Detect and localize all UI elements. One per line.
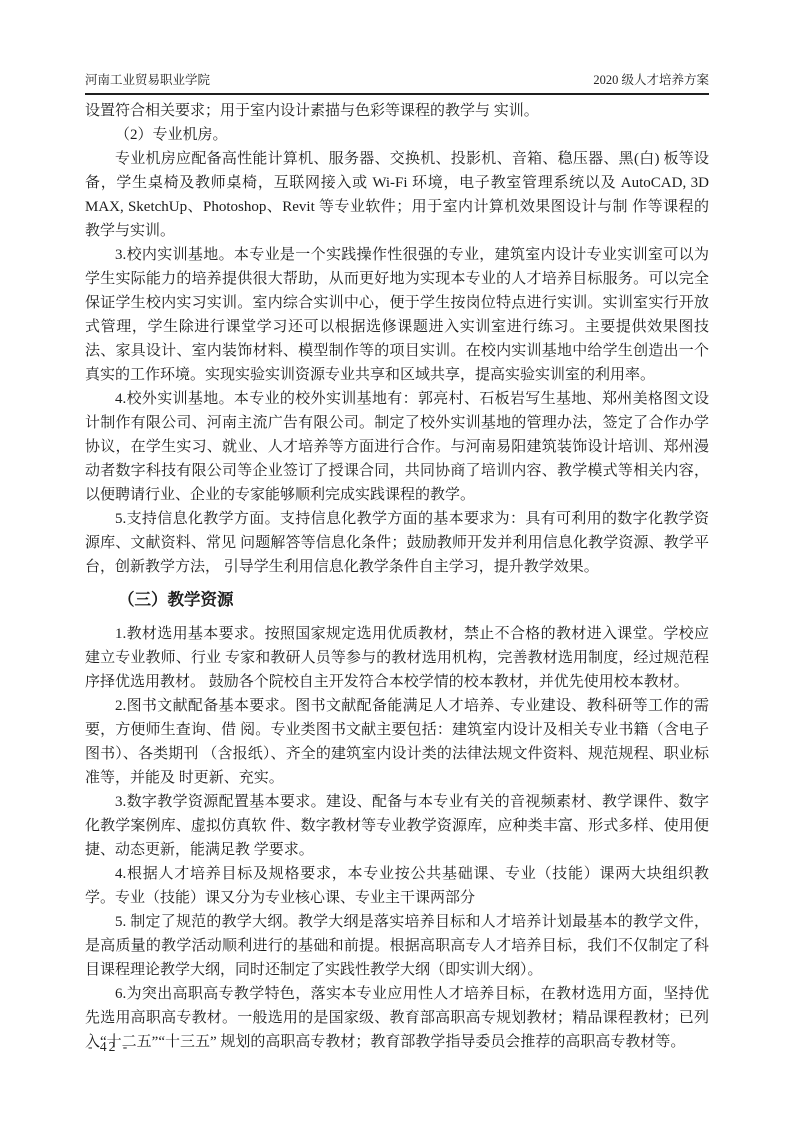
paragraph-campus-training-base: 3.校内实训基地。本专业是一个实践操作性很强的专业，建筑室内设计专业实训室可以为… (85, 243, 709, 387)
document-page: 河南工业贸易职业学院 2020 级人才培养方案 设置符合相关要求；用于室内设计素… (0, 0, 793, 1122)
continuation-paragraph: 设置符合相关要求；用于室内设计素描与色彩等课程的教学与 实训。 (85, 99, 709, 123)
header-doc-title: 2020 级人才培养方案 (593, 72, 709, 89)
paragraph-offcampus-training-base: 4.校外实训基地。本专业的校外实训基地有：郭亮村、石板岩写生基地、郑州美格图文设… (85, 387, 709, 507)
page-header: 河南工业贸易职业学院 2020 级人才培养方案 (85, 72, 709, 95)
paragraph-special-room: （2）专业机房。 (85, 123, 709, 147)
paragraph-special-room-detail: 专业机房应配备高性能计算机、服务器、交换机、投影机、音箱、稳压器、黑(白) 板等… (85, 147, 709, 243)
section-heading-teaching-resources: （三）教学资源 (85, 588, 709, 612)
page-number: - 42 - (88, 1038, 129, 1056)
document-body: 设置符合相关要求；用于室内设计素描与色彩等课程的教学与 实训。 （2）专业机房。… (85, 99, 709, 1054)
paragraph-course-organization: 4.根据人才培养目标及规格要求，本专业按公共基础课、专业（技能）课两大块组织教学… (85, 862, 709, 910)
header-school-name: 河南工业贸易职业学院 (85, 72, 210, 89)
paragraph-textbook-selection: 1.教材选用基本要求。按照国家规定选用优质教材，禁止不合格的教材进入课堂。学校应… (85, 622, 709, 694)
paragraph-teaching-syllabus: 5. 制定了规范的教学大纲。教学大纲是落实培养目标和人才培养计划最基本的教学文件… (85, 910, 709, 982)
paragraph-vocational-textbooks: 6.为突出高职高专教学特色，落实本专业应用性人才培养目标，在教材选用方面，坚持优… (85, 982, 709, 1054)
paragraph-library-literature: 2.图书文献配备基本要求。图书文献配备能满足人才培养、专业建设、教科研等工作的需… (85, 694, 709, 790)
paragraph-informatization-teaching: 5.支持信息化教学方面。支持信息化教学方面的基本要求为：具有可利用的数字化教学资… (85, 507, 709, 579)
paragraph-digital-resources: 3.数字教学资源配置基本要求。建设、配备与本专业有关的音视频素材、教学课件、数字… (85, 790, 709, 862)
